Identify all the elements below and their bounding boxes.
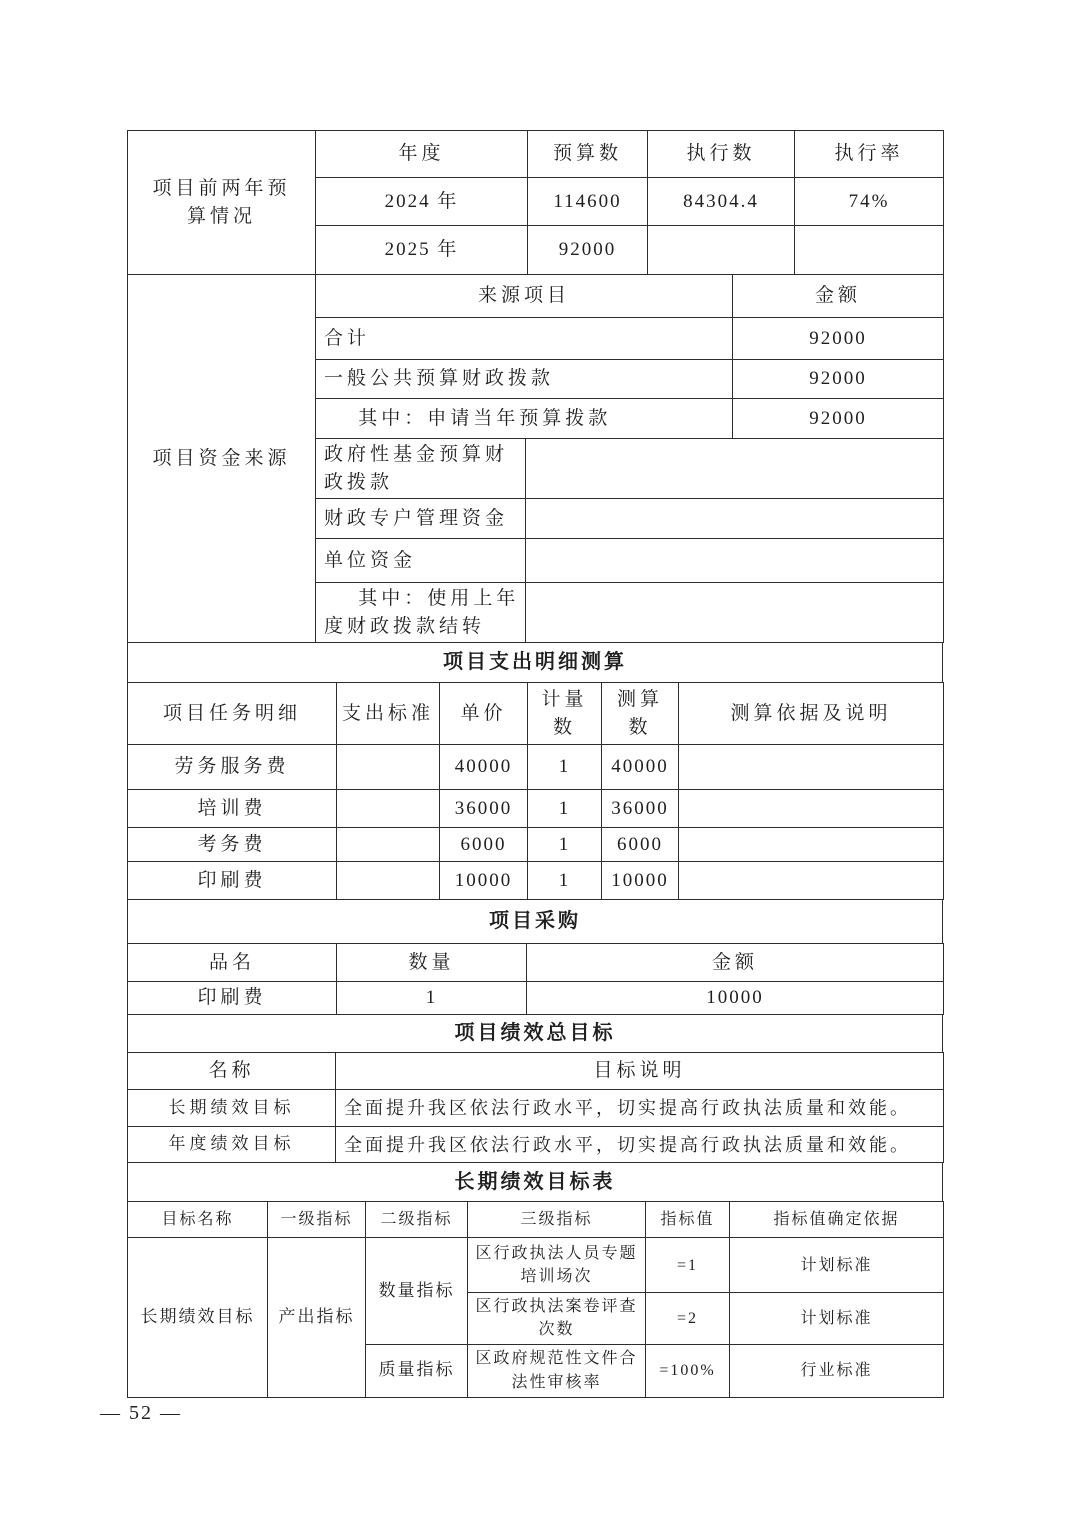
procurement-header-quantity: 数量	[337, 944, 527, 982]
funding-source-table: 项目资金来源 来源项目 金额 合计 92000 一般公共预算财政拨款 92000…	[127, 274, 944, 643]
prior-budget-year-2025: 2025 年	[316, 226, 528, 275]
longterm-header-basis: 指标值确定依据	[730, 1202, 944, 1238]
expenditure-row-exam: 考务费 6000 1 6000	[128, 828, 944, 862]
expenditure-task: 培训费	[128, 790, 337, 828]
longterm-level1-output: 产出指标	[268, 1238, 366, 1397]
expenditure-quantity: 1	[528, 745, 602, 790]
longterm-level3-indicator: 区行政执法案卷评查次数	[468, 1293, 646, 1344]
expenditure-header-quantity: 计量数	[528, 683, 602, 745]
procurement-item-name: 印刷费	[128, 982, 337, 1015]
longterm-indicator-value: =2	[646, 1293, 730, 1344]
performance-row-annual: 年度绩效目标 全面提升我区依法行政水平，切实提高行政执法质量和效能。	[128, 1127, 944, 1163]
expenditure-basis	[679, 828, 944, 862]
funding-amount-total: 92000	[733, 318, 944, 360]
performance-goal-description: 全面提升我区依法行政水平，切实提高行政执法质量和效能。	[336, 1127, 944, 1163]
expenditure-basis	[679, 790, 944, 828]
expenditure-title-table: 项目支出明细测算	[127, 642, 943, 683]
prior-budget-2025-rate	[795, 226, 944, 275]
procurement-title-table: 项目采购	[127, 899, 943, 944]
longterm-header-level3: 三级指标	[468, 1202, 646, 1238]
expenditure-standard	[337, 745, 440, 790]
expenditure-unit-price: 6000	[440, 828, 528, 862]
performance-goal-description: 全面提升我区依法行政水平，切实提高行政执法质量和效能。	[336, 1090, 944, 1127]
prior-budget-header-executed: 执行数	[648, 131, 795, 178]
performance-goal-name: 长期绩效目标	[128, 1090, 336, 1127]
funding-amount-general-public: 92000	[733, 360, 944, 399]
funding-label-total: 合计	[316, 318, 733, 360]
performance-title-table: 项目绩效总目标	[127, 1014, 943, 1053]
performance-goal-name: 年度绩效目标	[128, 1127, 336, 1163]
expenditure-standard	[337, 828, 440, 862]
funding-label-unit-funds: 单位资金	[316, 539, 526, 583]
expenditure-header-standard: 支出标准	[337, 683, 440, 745]
longterm-section-title: 长期绩效目标表	[128, 1163, 943, 1202]
prior-budget-2024-executed: 84304.4	[648, 178, 795, 226]
expenditure-row-printing: 印刷费 10000 1 10000	[128, 862, 944, 900]
funding-label-current-year: 其中：申请当年预算拨款	[316, 399, 733, 439]
prior-budget-year-2024: 2024 年	[316, 178, 528, 226]
prior-budget-header-rate: 执行率	[795, 131, 944, 178]
procurement-table: 品名 数量 金额 印刷费 1 10000	[127, 943, 944, 1015]
expenditure-standard	[337, 790, 440, 828]
funding-amount-current-year: 92000	[733, 399, 944, 439]
prior-budget-table: 项目前两年预算情况 年度 预算数 执行数 执行率 2024 年 114600 8…	[127, 130, 944, 275]
longterm-indicator-basis: 行业标准	[730, 1344, 944, 1397]
longterm-goal-table: 目标名称 一级指标 二级指标 三级指标 指标值 指标值确定依据 长期绩效目标 产…	[127, 1201, 944, 1397]
expenditure-standard	[337, 862, 440, 900]
funding-header-amount: 金额	[733, 275, 944, 318]
longterm-header-level2: 二级指标	[366, 1202, 468, 1238]
funding-label-carryover: 其中：使用上年度财政拨款结转	[316, 583, 526, 643]
expenditure-estimate: 40000	[602, 745, 679, 790]
expenditure-estimate: 36000	[602, 790, 679, 828]
expenditure-basis	[679, 862, 944, 900]
expenditure-basis	[679, 745, 944, 790]
longterm-indicator-value: =100%	[646, 1344, 730, 1397]
longterm-level3-indicator: 区政府规范性文件合法性审核率	[468, 1344, 646, 1397]
prior-budget-2024-budget: 114600	[528, 178, 648, 226]
procurement-item-amount: 10000	[527, 982, 944, 1015]
longterm-header-level1: 一级指标	[268, 1202, 366, 1238]
performance-section-title: 项目绩效总目标	[128, 1015, 943, 1053]
performance-header-name: 名称	[128, 1053, 336, 1090]
expenditure-unit-price: 36000	[440, 790, 528, 828]
funding-label-govt-fund: 政府性基金预算财政拨款	[316, 439, 526, 499]
procurement-item-quantity: 1	[337, 982, 527, 1015]
longterm-level2-quality: 质量指标	[366, 1344, 468, 1397]
expenditure-row-training: 培训费 36000 1 36000	[128, 790, 944, 828]
longterm-indicator-row: 长期绩效目标 产出指标 数量指标 区行政执法人员专题培训场次 =1 计划标准	[128, 1238, 944, 1293]
longterm-indicator-basis: 计划标准	[730, 1293, 944, 1344]
longterm-indicator-basis: 计划标准	[730, 1238, 944, 1293]
expenditure-estimate: 6000	[602, 828, 679, 862]
procurement-header-amount: 金额	[527, 944, 944, 982]
expenditure-estimate: 10000	[602, 862, 679, 900]
expenditure-row-labor: 劳务服务费 40000 1 40000	[128, 745, 944, 790]
performance-header-description: 目标说明	[336, 1053, 944, 1090]
prior-budget-2024-rate: 74%	[795, 178, 944, 226]
funding-label-fiscal-account: 财政专户管理资金	[316, 499, 526, 539]
longterm-level2-quantity: 数量指标	[366, 1238, 468, 1344]
procurement-header-name: 品名	[128, 944, 337, 982]
budget-document: 项目前两年预算情况 年度 预算数 执行数 执行率 2024 年 114600 8…	[127, 130, 943, 1398]
longterm-indicator-value: =1	[646, 1238, 730, 1293]
prior-budget-header-year: 年度	[316, 131, 528, 178]
longterm-title-table: 长期绩效目标表	[127, 1162, 943, 1202]
funding-amount-fiscal-account	[526, 499, 944, 539]
funding-row-label: 项目资金来源	[128, 275, 316, 643]
expenditure-table: 项目任务明细 支出标准 单价 计量数 测算数 测算依据及说明 劳务服务费 400…	[127, 682, 944, 900]
longterm-level3-indicator: 区行政执法人员专题培训场次	[468, 1238, 646, 1293]
expenditure-header-task: 项目任务明细	[128, 683, 337, 745]
expenditure-quantity: 1	[528, 790, 602, 828]
expenditure-unit-price: 10000	[440, 862, 528, 900]
prior-budget-2025-budget: 92000	[528, 226, 648, 275]
expenditure-unit-price: 40000	[440, 745, 528, 790]
longterm-goal-name: 长期绩效目标	[128, 1238, 268, 1397]
funding-amount-govt-fund	[526, 439, 944, 499]
prior-budget-2025-executed	[648, 226, 795, 275]
expenditure-quantity: 1	[528, 828, 602, 862]
expenditure-header-basis: 测算依据及说明	[679, 683, 944, 745]
prior-budget-row-label: 项目前两年预算情况	[128, 131, 316, 275]
page-number: — 52 —	[100, 1402, 182, 1425]
performance-overview-table: 名称 目标说明 长期绩效目标 全面提升我区依法行政水平，切实提高行政执法质量和效…	[127, 1052, 944, 1163]
longterm-header-goal-name: 目标名称	[128, 1202, 268, 1238]
expenditure-task: 劳务服务费	[128, 745, 337, 790]
procurement-section-title: 项目采购	[128, 900, 943, 944]
prior-budget-header-budget: 预算数	[528, 131, 648, 178]
expenditure-quantity: 1	[528, 862, 602, 900]
performance-row-longterm: 长期绩效目标 全面提升我区依法行政水平，切实提高行政执法质量和效能。	[128, 1090, 944, 1127]
expenditure-section-title: 项目支出明细测算	[128, 643, 943, 683]
expenditure-task: 印刷费	[128, 862, 337, 900]
expenditure-header-unit-price: 单价	[440, 683, 528, 745]
funding-label-general-public: 一般公共预算财政拨款	[316, 360, 733, 399]
procurement-row-printing: 印刷费 1 10000	[128, 982, 944, 1015]
funding-amount-unit-funds	[526, 539, 944, 583]
funding-header-source: 来源项目	[316, 275, 733, 318]
longterm-header-value: 指标值	[646, 1202, 730, 1238]
funding-amount-carryover	[526, 583, 944, 643]
expenditure-task: 考务费	[128, 828, 337, 862]
expenditure-header-estimate: 测算数	[602, 683, 679, 745]
